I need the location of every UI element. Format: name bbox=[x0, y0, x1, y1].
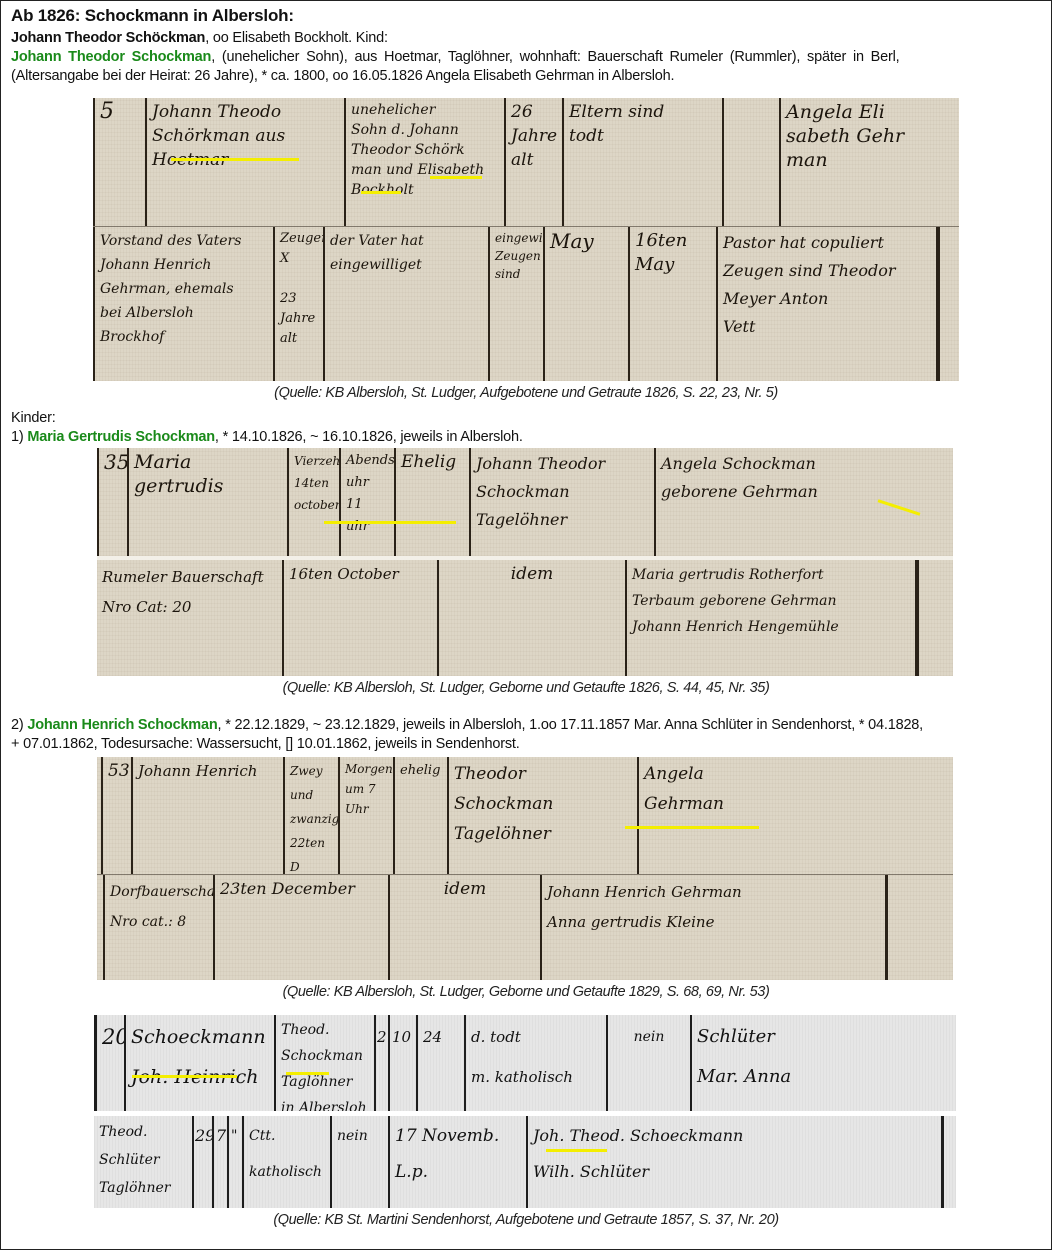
scan-cell: unehelicher Sohn d. Johann Theodor Schör… bbox=[344, 98, 504, 226]
scan-cell: Rumeler Bauerschaft Nro Cat: 20 bbox=[97, 560, 282, 676]
scan-cell: Johann Henrich Gehrman Anna gertrudis Kl… bbox=[540, 875, 885, 980]
scan-cell: Zwey und zwanzigsten 22ten D December bbox=[283, 757, 338, 874]
highlight-underline bbox=[430, 176, 482, 179]
scan-cell: der Vater hat eingewilliget bbox=[323, 227, 488, 381]
scan-cell: idem bbox=[437, 560, 625, 676]
scan-cell: Angela Eli sabeth Gehr man bbox=[779, 98, 959, 226]
source-caption: (Quelle: KB St. Martini Sendenhorst, Auf… bbox=[0, 1212, 1052, 1228]
scan-cell bbox=[885, 875, 953, 980]
scan-marriage-1857: 20 Schoeckmann Joh. Heinrich Theod. Scho… bbox=[94, 1015, 956, 1208]
source-caption: (Quelle: KB Albersloh, St. Ludger, Gebor… bbox=[0, 984, 1052, 1000]
child-2-number: 2) bbox=[11, 717, 27, 733]
highlight-underline bbox=[324, 521, 456, 524]
scan-cell: Zeugen X 23 Jahre alt bbox=[273, 227, 323, 381]
scan-cell: d. todt m. katholisch bbox=[464, 1015, 606, 1111]
scan-cell: ehelig bbox=[393, 757, 447, 874]
scan-cell: 35 bbox=[97, 448, 127, 556]
child-1-line: 1) Maria Gertrudis Schockman, * 14.10.18… bbox=[11, 428, 1042, 447]
scan-row: Dorfbauerschaft Nro cat.: 8 23ten Decemb… bbox=[97, 875, 953, 980]
scan-row: 35 Maria gertrudis Vierzehnten 14ten oct… bbox=[97, 448, 953, 556]
scan-cell: 16ten October bbox=[282, 560, 437, 676]
scan-cell: Eltern sind todt bbox=[562, 98, 722, 226]
scan-cell: 24 bbox=[416, 1015, 464, 1111]
scan-cell: 27 bbox=[374, 1015, 388, 1111]
scan-cell: Maria gertrudis bbox=[127, 448, 287, 556]
scan-baptism-1829: 53. Johann Henrich Zwey und zwanzigsten … bbox=[97, 757, 953, 980]
scan-cell: Schoeckmann Joh. Heinrich bbox=[124, 1015, 274, 1111]
scan-row: Theod. Schlüter Taglöhner in Sendenhorst… bbox=[94, 1116, 956, 1208]
scan-cell: 20 bbox=[94, 1015, 124, 1111]
scan-marriage-1826: 5 Johann Theodo Schörkman aus Hoetmar un… bbox=[93, 98, 959, 381]
scan-cell bbox=[915, 560, 953, 676]
scan-cell: Ehelig bbox=[394, 448, 469, 556]
scan-cell: Johann Henrich bbox=[131, 757, 283, 874]
scan-cell: Johann Theodo Schörkman aus Hoetmar bbox=[145, 98, 344, 226]
scan-cell: 23ten December bbox=[213, 875, 388, 980]
highlight-underline bbox=[361, 191, 401, 194]
father-line: Johann Theodor Schöckman, oo Elisabeth B… bbox=[11, 29, 1042, 48]
scan-cell: Theod. Schockman Taglöhner in Albersloh bbox=[274, 1015, 374, 1111]
main-person-details-1: , (unehelicher Sohn), aus Hoetmar, Taglö… bbox=[211, 49, 899, 65]
page-title: Ab 1826: Schockmann in Albersloh: bbox=[11, 6, 1042, 25]
scan-row: 53. Johann Henrich Zwey und zwanzigsten … bbox=[97, 757, 953, 874]
scan-row: Vorstand des Vaters Johann Henrich Gehrm… bbox=[93, 227, 959, 381]
scan-cell: Theod. Schlüter Taglöhner in Sendenhorst bbox=[94, 1116, 192, 1208]
source-caption: (Quelle: KB Albersloh, St. Ludger, Aufge… bbox=[0, 385, 1052, 401]
scan-row: 5 Johann Theodo Schörkman aus Hoetmar un… bbox=[93, 98, 959, 226]
highlight-underline bbox=[286, 1072, 329, 1075]
children-label: Kinder: bbox=[11, 409, 1042, 428]
scan-cell: nein bbox=[330, 1116, 388, 1208]
scan-cell: 10 bbox=[388, 1015, 416, 1111]
main-person-name: Johann Theodor Schockman bbox=[11, 49, 211, 65]
scan-cell: Abends uhr 11 uhr bbox=[339, 448, 394, 556]
scan-row: 20 Schoeckmann Joh. Heinrich Theod. Scho… bbox=[94, 1015, 956, 1111]
scan-cell: 26 Jahre alt bbox=[504, 98, 562, 226]
scan-cell: Theodor Schockman Tagelöhner bbox=[447, 757, 637, 874]
main-person-line-1: Johann Theodor Schockman, (unehelicher S… bbox=[11, 48, 1042, 67]
scan-cell: idem bbox=[388, 875, 540, 980]
scan-cell: Pastor hat copuliert Zeugen sind Theodor… bbox=[716, 227, 936, 381]
highlight-underline bbox=[171, 158, 299, 161]
child-1-details: , * 14.10.1826, ~ 16.10.1826, jeweils in… bbox=[215, 429, 523, 445]
scan-baptism-1826: 35 Maria gertrudis Vierzehnten 14ten oct… bbox=[97, 448, 953, 676]
scan-cell: 29 bbox=[192, 1116, 212, 1208]
highlight-underline bbox=[132, 1075, 237, 1078]
scan-cell: 16ten May bbox=[628, 227, 716, 381]
scan-cell: Angela Gehrman bbox=[637, 757, 807, 874]
scan-cell: 17 Novemb. L.p. bbox=[388, 1116, 526, 1208]
scan-cell: 53. bbox=[101, 757, 131, 874]
father-details: , oo Elisabeth Bockholt. Kind: bbox=[205, 30, 388, 46]
father-name: Johann Theodor Schöckman bbox=[11, 30, 205, 46]
scan-row: Rumeler Bauerschaft Nro Cat: 20 16ten Oc… bbox=[97, 560, 953, 676]
scan-cell: Ctt. katholisch bbox=[242, 1116, 330, 1208]
scan-cell: Schlüter Mar. Anna bbox=[690, 1015, 956, 1111]
scan-cell: Morgens um 7 Uhr bbox=[338, 757, 393, 874]
scan-cell: 7 bbox=[212, 1116, 227, 1208]
scan-cell: Vorstand des Vaters Johann Henrich Gehrm… bbox=[93, 227, 273, 381]
highlight-underline bbox=[546, 1149, 607, 1152]
main-person-line-2: (Altersangabe bei der Heirat: 26 Jahre),… bbox=[11, 67, 1042, 86]
child-2-line-1: 2) Johann Henrich Schockman, * 22.12.182… bbox=[11, 716, 1042, 735]
scan-cell bbox=[722, 98, 779, 226]
scan-cell: eingewilligt Zeugen sind bbox=[488, 227, 543, 381]
scan-cell: Angela Schockman geborene Gehrman bbox=[654, 448, 953, 556]
scan-cell bbox=[936, 227, 959, 381]
scan-cell: Vierzehnten 14ten october bbox=[287, 448, 339, 556]
highlight-underline bbox=[625, 826, 759, 829]
scan-cell: 5 bbox=[93, 98, 145, 226]
child-2-details-1: , * 22.12.1829, ~ 23.12.1829, jeweils in… bbox=[218, 717, 923, 733]
child-2-line-2: + 07.01.1862, Todesursache: Wassersucht,… bbox=[11, 735, 1042, 754]
child-1-number: 1) bbox=[11, 429, 27, 445]
scan-cell: Joh. Theod. Schoeckmann Wilh. Schlüter bbox=[526, 1116, 941, 1208]
scan-cell: " bbox=[227, 1116, 242, 1208]
scan-cell bbox=[941, 1116, 956, 1208]
source-caption: (Quelle: KB Albersloh, St. Ludger, Gebor… bbox=[0, 680, 1052, 696]
scan-cell: Dorfbauerschaft Nro cat.: 8 bbox=[103, 875, 213, 980]
scan-cell: Johann Theodor Schockman Tagelöhner bbox=[469, 448, 654, 556]
child-1-name: Maria Gertrudis Schockman bbox=[27, 429, 215, 445]
child-2-name: Johann Henrich Schockman bbox=[27, 717, 217, 733]
scan-cell: May bbox=[543, 227, 628, 381]
scan-cell: nein bbox=[606, 1015, 690, 1111]
scan-cell: Maria gertrudis Rotherfort Terbaum gebor… bbox=[625, 560, 915, 676]
